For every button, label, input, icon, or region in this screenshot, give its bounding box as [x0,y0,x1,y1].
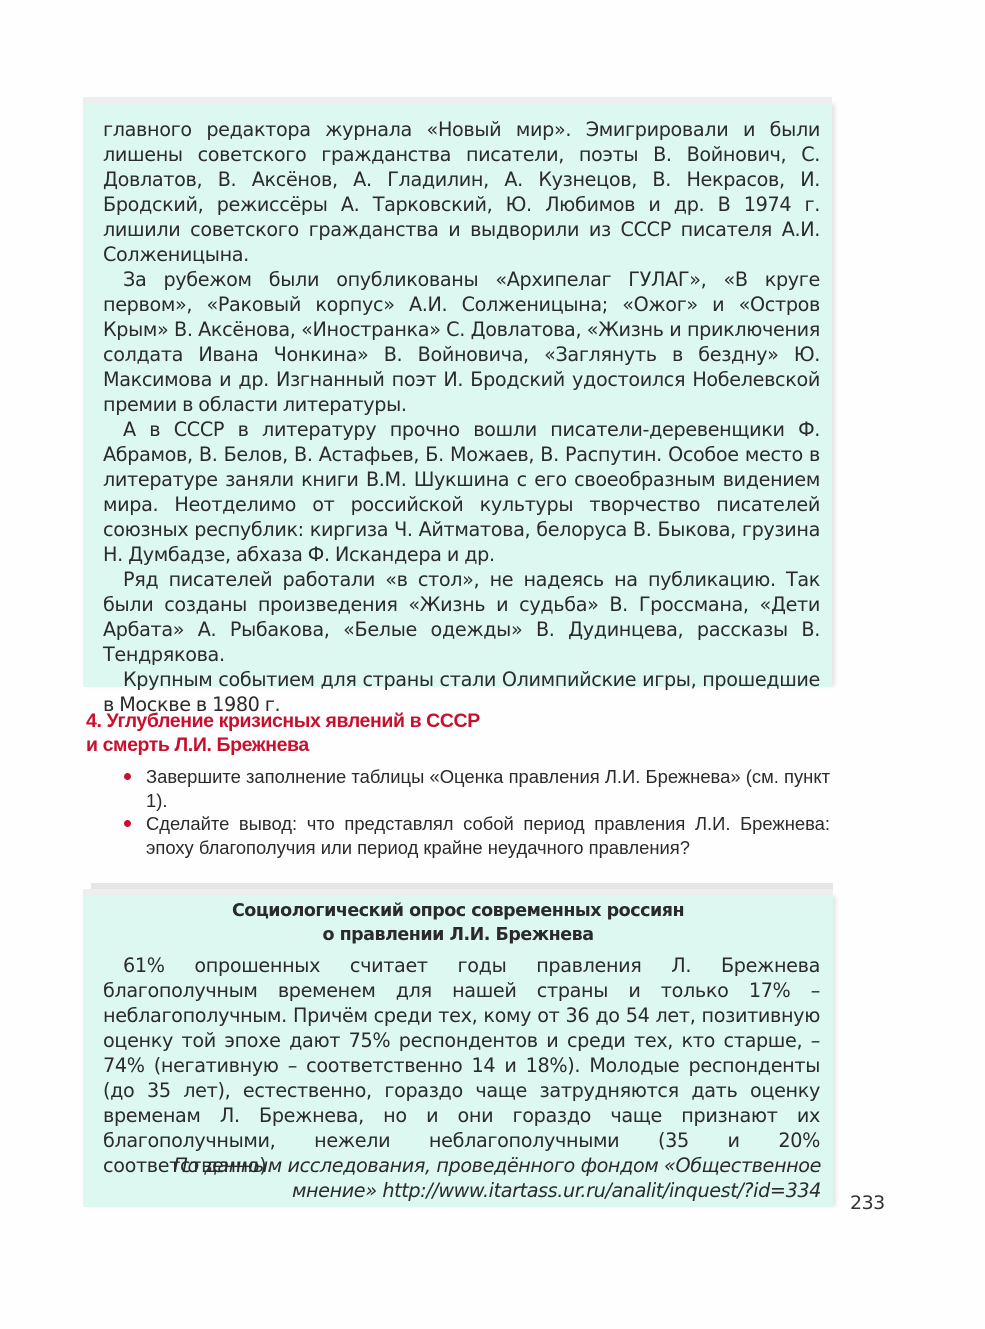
survey-text: 61% опрошенных считает годы правления Л.… [103,953,820,1178]
task-text: Сделайте вывод: что представлял собой пе… [146,813,830,858]
page-number: 233 [850,1192,885,1214]
survey-citation: По данным исследования, проведённого фон… [121,1153,821,1203]
literature-text-box: главного редактора журнала «Новый мир». … [83,103,832,687]
task-text: Завершите заполнение таблицы «Оценка пра… [146,766,830,811]
survey-box: Социологический опрос современных россия… [83,895,833,1207]
citation-line1: По данным исследования, проведённого фон… [121,1153,821,1178]
literature-text: главного редактора журнала «Новый мир». … [103,117,820,717]
paragraph-village-writers: А в СССР в литературу прочно вошли писат… [103,417,820,567]
task-item: Завершите заполнение таблицы «Оценка пра… [122,765,830,812]
paragraph-published-abroad: За рубежом были опубликованы «Архипелаг … [103,267,820,417]
paragraph-writing-for-drawer: Ряд писателей работали «в стол», не наде… [103,567,820,667]
survey-title: Социологический опрос современных россия… [83,899,833,947]
section-heading: 4. Углубление кризисных явлений в СССР и… [86,709,786,757]
paragraph-emigration: главного редактора журнала «Новый мир». … [103,117,820,267]
section-heading-line1: 4. Углубление кризисных явлений в СССР [86,709,786,733]
section-heading-line2: и смерть Л.И. Брежнева [86,733,786,757]
survey-body: 61% опрошенных считает годы правления Л.… [103,953,820,1178]
task-list: Завершите заполнение таблицы «Оценка пра… [122,765,830,859]
bullet-icon [124,773,131,780]
citation-line2: мнение» http://www.itartass.ur.ru/analit… [121,1178,821,1203]
survey-title-line2: о правлении Л.И. Брежнева [83,923,833,947]
survey-title-line1: Социологический опрос современных россия… [83,899,833,923]
task-item: Сделайте вывод: что представлял собой пе… [122,812,830,859]
bullet-icon [124,820,131,827]
